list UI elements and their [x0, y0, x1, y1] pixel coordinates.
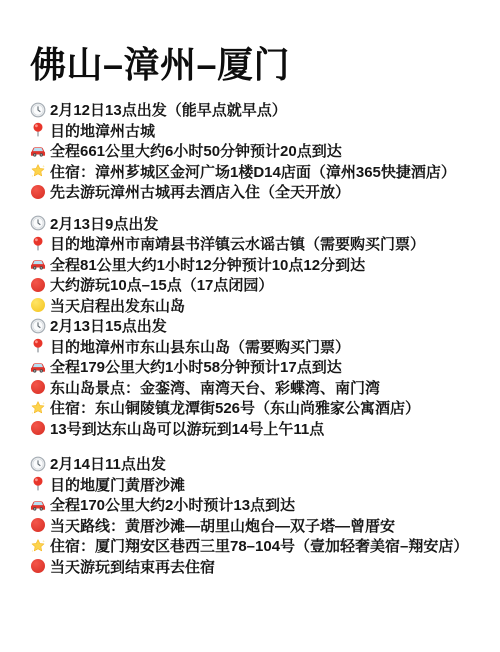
itinerary-line: 当天路线：黄厝沙滩—胡里山炮台—双子塔—曾厝安 [30, 515, 482, 536]
red-circle-icon [30, 379, 46, 395]
line-text: 当天游玩到结束再去住宿 [50, 556, 215, 577]
itinerary-page: 佛山–漳州–厦门 2月12日13点出发（能早点就早点）目的地漳州古城全程661公… [0, 0, 500, 576]
line-text: 大约游玩10点–15点（17点闭园） [50, 274, 273, 295]
line-text: 目的地漳州市东山县东山岛（需要购买门票） [50, 336, 350, 357]
itinerary-line: 住宿：厦门翔安区巷西三里78–104号（壹加轻奢美宿–翔安店） [30, 535, 482, 556]
itinerary-line: 2月14日11点出发 [30, 453, 482, 474]
line-text: 2月13日9点出发 [50, 213, 158, 234]
line-text: 全程81公里大约1小时12分钟预计10点12分到达 [50, 254, 365, 275]
day-section-feb12: 2月12日13点出发（能早点就早点）目的地漳州古城全程661公里大约6小时50分… [30, 99, 482, 202]
pin-icon [30, 122, 46, 138]
day-section-feb13-afternoon: 2月13日15点出发目的地漳州市东山县东山岛（需要购买门票）全程179公里大约1… [30, 315, 482, 438]
line-text: 住宿：厦门翔安区巷西三里78–104号（壹加轻奢美宿–翔安店） [50, 535, 468, 556]
line-text: 全程170公里大约2小时预计13点到达 [50, 494, 295, 515]
day-section-feb14: 2月14日11点出发目的地厦门黄厝沙滩全程170公里大约2小时预计13点到达当天… [30, 453, 482, 576]
line-text: 目的地漳州古城 [50, 120, 155, 141]
line-text: 全程179公里大约1小时58分钟预计17点到达 [50, 356, 342, 377]
line-text: 先去游玩漳州古城再去酒店入住（全天开放） [50, 181, 350, 202]
day-section-feb13-morning: 2月13日9点出发目的地漳州市南靖县书洋镇云水谣古镇（需要购买门票）全程81公里… [30, 213, 482, 316]
itinerary-line: 目的地厦门黄厝沙滩 [30, 474, 482, 495]
itinerary-line: 全程81公里大约1小时12分钟预计10点12分到达 [30, 254, 482, 275]
itinerary-line: 2月13日15点出发 [30, 315, 482, 336]
red-circle-icon [30, 420, 46, 436]
car-icon [30, 256, 46, 272]
red-circle-icon [30, 517, 46, 533]
line-text: 当天路线：黄厝沙滩—胡里山炮台—双子塔—曾厝安 [50, 515, 395, 536]
line-text: 2月12日13点出发（能早点就早点） [50, 99, 287, 120]
red-circle-icon [30, 277, 46, 293]
itinerary-line: 当天启程出发东山岛 [30, 295, 482, 316]
itinerary-line: 目的地漳州古城 [30, 120, 482, 141]
star-icon [30, 400, 46, 416]
page-title: 佛山–漳州–厦门 [30, 44, 482, 85]
line-text: 2月14日11点出发 [50, 453, 166, 474]
itinerary-line: 目的地漳州市东山县东山岛（需要购买门票） [30, 336, 482, 357]
itinerary-line: 全程179公里大约1小时58分钟预计17点到达 [30, 356, 482, 377]
line-text: 住宿：东山铜陵镇龙潭街526号（东山尚雅家公寓酒店） [50, 397, 420, 418]
red-circle-icon [30, 184, 46, 200]
line-text: 2月13日15点出发 [50, 315, 167, 336]
star-icon [30, 163, 46, 179]
itinerary-line: 目的地漳州市南靖县书洋镇云水谣古镇（需要购买门票） [30, 233, 482, 254]
line-text: 当天启程出发东山岛 [50, 295, 185, 316]
star-icon [30, 538, 46, 554]
itinerary-line: 东山岛景点：金銮湾、南湾天台、彩蝶湾、南门湾 [30, 377, 482, 398]
itinerary-line: 住宿：漳州芗城区金河广场1楼D14店面（漳州365快捷酒店） [30, 161, 482, 182]
itinerary-line: 全程170公里大约2小时预计13点到达 [30, 494, 482, 515]
itinerary-line: 先去游玩漳州古城再去酒店入住（全天开放） [30, 181, 482, 202]
itinerary-line: 住宿：东山铜陵镇龙潭街526号（东山尚雅家公寓酒店） [30, 397, 482, 418]
itinerary-line: 2月12日13点出发（能早点就早点） [30, 99, 482, 120]
line-text: 东山岛景点：金銮湾、南湾天台、彩蝶湾、南门湾 [50, 377, 380, 398]
itinerary-line: 13号到达东山岛可以游玩到14号上午11点 [30, 418, 482, 439]
red-circle-icon [30, 558, 46, 574]
pin-icon [30, 476, 46, 492]
car-icon [30, 497, 46, 513]
line-text: 目的地厦门黄厝沙滩 [50, 474, 185, 495]
yellow-circle-icon [30, 297, 46, 313]
line-text: 目的地漳州市南靖县书洋镇云水谣古镇（需要购买门票） [50, 233, 425, 254]
line-text: 全程661公里大约6小时50分钟预计20点到达 [50, 140, 342, 161]
pin-icon [30, 338, 46, 354]
car-icon [30, 143, 46, 159]
line-text: 住宿：漳州芗城区金河广场1楼D14店面（漳州365快捷酒店） [50, 161, 456, 182]
itinerary-line: 全程661公里大约6小时50分钟预计20点到达 [30, 140, 482, 161]
clock-icon [30, 318, 46, 334]
clock-icon [30, 456, 46, 472]
car-icon [30, 359, 46, 375]
line-text: 13号到达东山岛可以游玩到14号上午11点 [50, 418, 324, 439]
clock-icon [30, 215, 46, 231]
pin-icon [30, 236, 46, 252]
itinerary-line: 2月13日9点出发 [30, 213, 482, 234]
itinerary-line: 当天游玩到结束再去住宿 [30, 556, 482, 577]
itinerary-line: 大约游玩10点–15点（17点闭园） [30, 274, 482, 295]
clock-icon [30, 102, 46, 118]
